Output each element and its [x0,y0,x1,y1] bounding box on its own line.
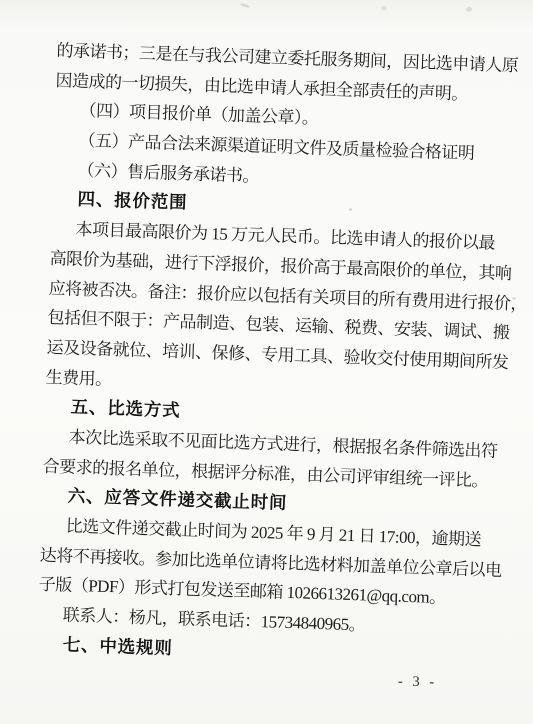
scan-speck [240,3,250,9]
document-body: 的承诺书；三是在与我公司建立委托服务期间，因比选申请人原 因造成的一切损失，由比… [36,36,522,675]
page-number: - 3 - [398,674,438,692]
scanned-document-page: 的承诺书；三是在与我公司建立委托服务期间，因比选申请人原 因造成的一切损失，由比… [0,0,533,724]
scan-speck [466,7,472,12]
scan-speck [381,6,387,10]
